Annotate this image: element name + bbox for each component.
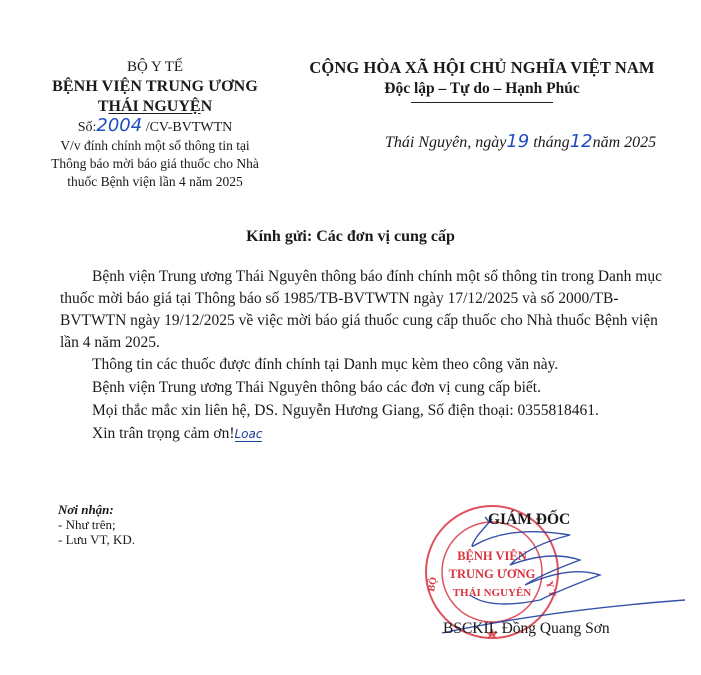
recipient-item: - Lưu VT, KD. <box>58 532 135 547</box>
body-line-3: Bệnh viện Trung ương Thái Nguyên thông b… <box>92 377 541 399</box>
initials-signature: Loac <box>235 427 263 442</box>
closing-thanks: Xin trân trọng cảm ơn! <box>92 425 235 442</box>
handwritten-number: 2004 <box>96 115 142 136</box>
motto: Độc lập – Tự do – Hạnh Phúc <box>282 78 682 100</box>
country-name: CỘNG HÒA XÃ HỘI CHỦ NGHĨA VIỆT NAM <box>282 58 682 78</box>
recipients-title: Nơi nhận: <box>58 502 135 517</box>
body-line-4: Mọi thắc mắc xin liên hệ, DS. Nguyễn Hươ… <box>92 400 599 422</box>
hospital-name-line1: BỆNH VIỆN TRUNG ƯƠNG <box>30 77 280 97</box>
number-suffix: /CV-BVTWTN <box>142 120 232 135</box>
body-paragraph-1: Bệnh viện Trung ương Thái Nguyên thông b… <box>60 266 670 354</box>
recipients-block: Nơi nhận: - Như trên; - Lưu VT, KD. <box>58 502 135 547</box>
subject-line-2: Thông báo mời báo giá thuốc cho Nhà <box>30 155 280 173</box>
year-label: năm 2025 <box>593 134 657 151</box>
month-label: tháng <box>533 134 569 151</box>
recipient-item: - Như trên; <box>58 517 135 532</box>
number-label: Số: <box>78 120 97 135</box>
issuer-block: BỘ Y TẾ BỆNH VIỆN TRUNG ƯƠNG THÁI NGUYỆN… <box>30 58 280 191</box>
body-line-2: Thông tin các thuốc được đính chính tại … <box>92 354 558 376</box>
handwritten-day: 19 <box>506 131 529 152</box>
subject-line-3: thuốc Bệnh viện lần 4 năm 2025 <box>30 173 280 191</box>
national-header: CỘNG HÒA XÃ HỘI CHỦ NGHĨA VIỆT NAM Độc l… <box>282 58 682 103</box>
signer-name: BSCKII. Đồng Quang Sơn <box>443 620 610 638</box>
motto-underline <box>411 102 553 103</box>
addressee: Kính gửi: Các đơn vị cung cấp <box>0 228 701 246</box>
ministry-name: BỘ Y TẾ <box>30 58 280 77</box>
hospital-name-underlined: HÁI NGUYỆ <box>109 98 201 115</box>
hospital-name-line2: THÁI NGUYỆN <box>30 97 280 117</box>
handwritten-month: 12 <box>570 131 593 152</box>
date-line: Thái Nguyên, ngày19 tháng12năm 2025 <box>385 131 656 152</box>
hospital-name-suffix: N <box>201 98 213 115</box>
signer-position: GIÁM ĐỐC <box>488 511 570 529</box>
hospital-name-prefix: T <box>98 98 109 115</box>
document-number: Số:2004 /CV-BVTWTN <box>30 117 280 137</box>
subject-line-1: V/v đính chính một số thông tin tại <box>30 137 280 155</box>
body-line-5: Xin trân trọng cảm ơn!Loac <box>92 423 262 445</box>
date-place: Thái Nguyên, ngày <box>385 134 506 151</box>
